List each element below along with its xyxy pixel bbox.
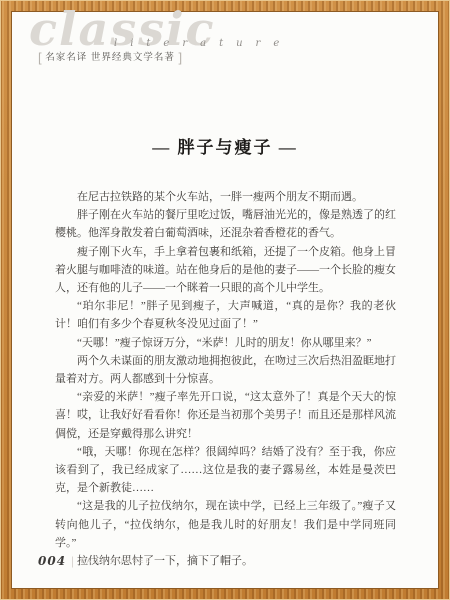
paragraph: “这是我的儿子拉伐纳尔，现在读中学，已经上三年级了。”瘦子又转向他儿子，“拉伐纳…: [55, 497, 396, 552]
badge-bracket-left: [: [38, 50, 42, 65]
book-page: classic literature [ 名家名译 世界经典文学名著 ] — 胖…: [11, 11, 439, 589]
paragraph: 瘦子刚下火车，手上拿着包裹和纸箱，还提了一个皮箱。他身上冒着火腿与咖啡渣的味道。…: [55, 243, 396, 298]
badge-bracket-right: ]: [179, 50, 183, 65]
paragraph: “哦，天哪！你现在怎样？很阔绰吗？结婚了没有？至于我，你应该看到了，我已经成家了…: [55, 443, 396, 498]
series-badge: [ 名家名译 世界经典文学名著 ]: [38, 49, 182, 65]
paragraph: 两个久未谋面的朋友激动地拥抱彼此，在吻过三次后热泪盈眶地打量着对方。两人都感到十…: [55, 352, 396, 388]
footer-separator: |: [71, 553, 74, 569]
body-text: 在尼古拉铁路的某个火车站，一胖一瘦两个朋友不期而遇。胖子刚在火车站的餐厅里吃过饭…: [55, 188, 396, 570]
wood-border-frame: classic literature [ 名家名译 世界经典文学名著 ] — 胖…: [0, 0, 450, 600]
paragraph: “天哪！”瘦子惊讶万分，“米萨！儿时的朋友！你从哪里来？”: [55, 334, 396, 352]
page-number: 004: [38, 554, 66, 568]
page-footer: 004 | PAGE NUMBER: [38, 553, 152, 569]
paragraph: 在尼古拉铁路的某个火车站，一胖一瘦两个朋友不期而遇。: [55, 188, 396, 206]
paragraph: “珀尔非尼！”胖子见到瘦子，大声喊道，“真的是你？我的老伙计！咱们有多少个春夏秋…: [55, 297, 396, 333]
series-badge-label: 名家名译 世界经典文学名著: [45, 52, 175, 63]
paragraph: “亲爱的米萨！”瘦子率先开口说，“这太意外了！真是个天大的惊喜！哎，让我好好看看…: [55, 388, 396, 443]
footer-caption: PAGE NUMBER: [81, 558, 153, 565]
paragraph: 胖子刚在火车站的餐厅里吃过饭，嘴唇油光光的，像是熟透了的红樱桃。他浑身散发着白葡…: [55, 206, 396, 242]
literature-spaced-word: literature: [114, 38, 292, 49]
story-title: — 胖子与瘦子 —: [12, 133, 438, 158]
page-header: classic literature [ 名家名译 世界经典文学名著 ]: [12, 12, 438, 82]
